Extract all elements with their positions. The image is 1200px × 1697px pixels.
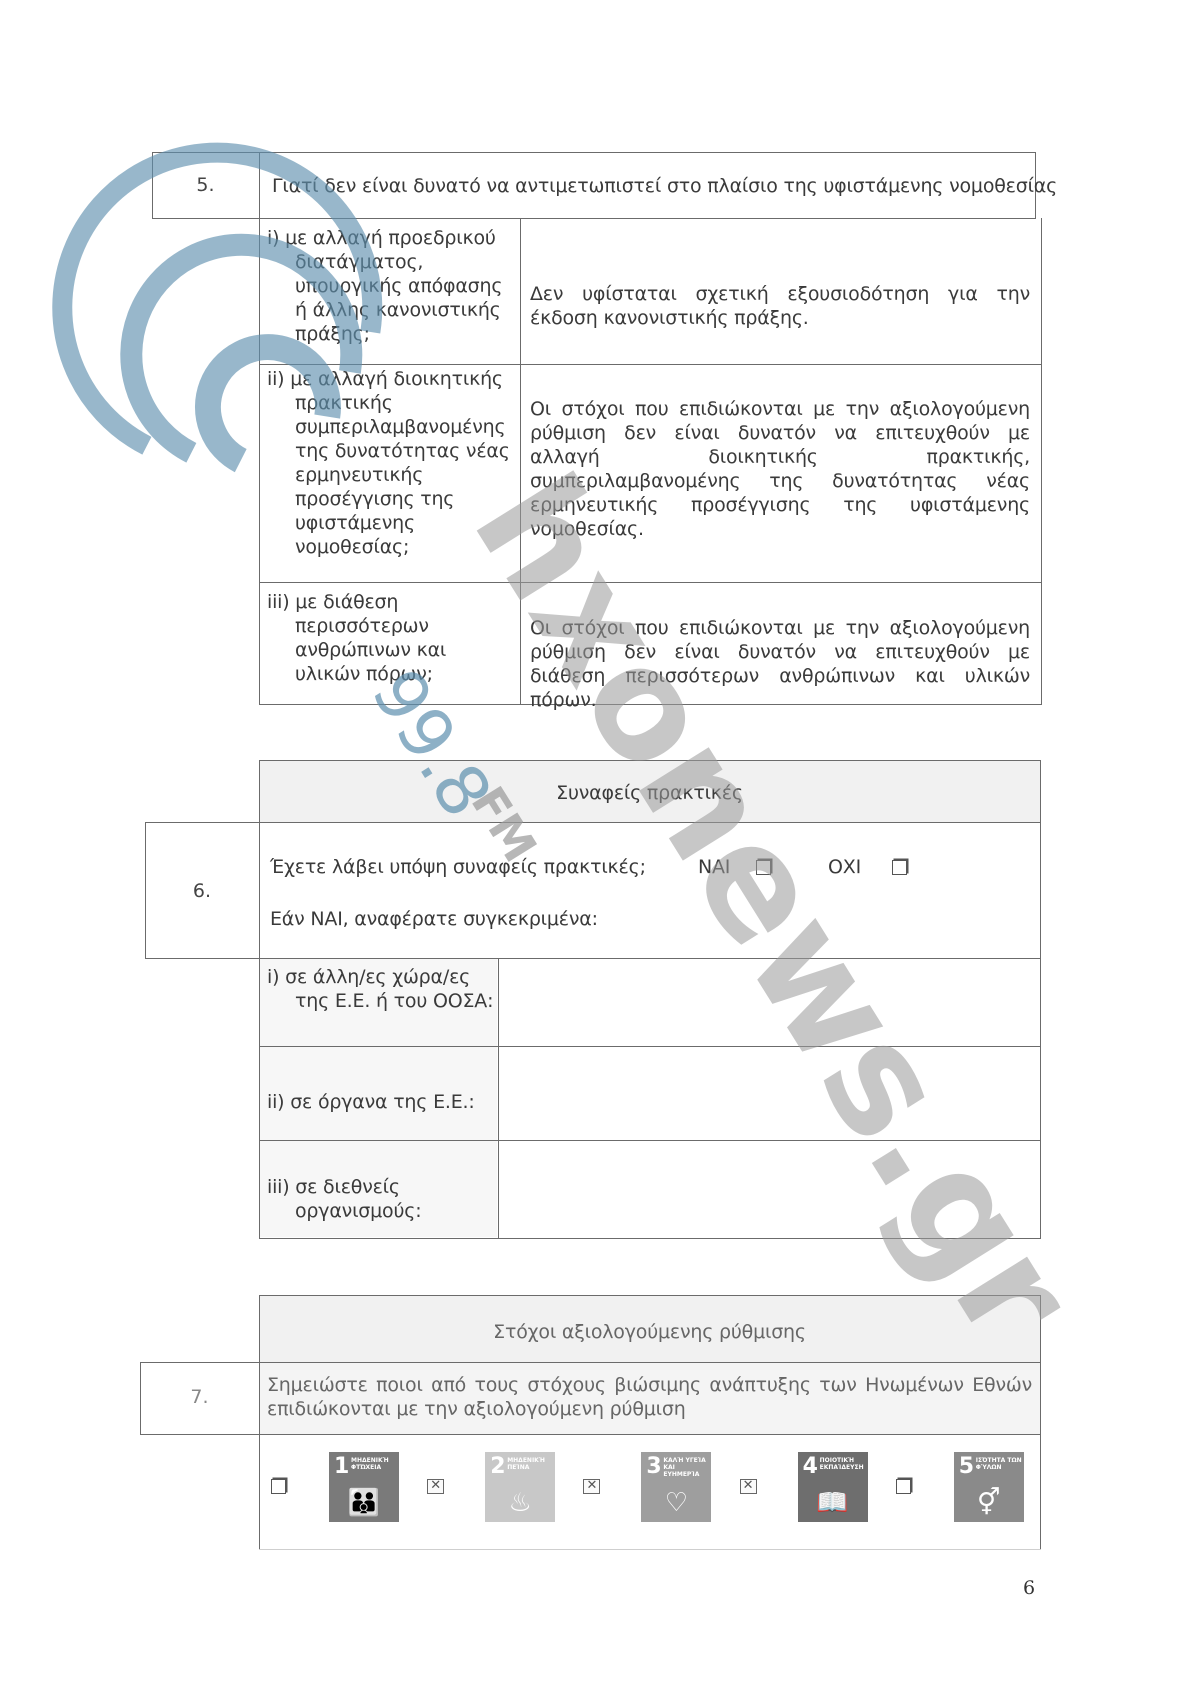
sdg-goal-number: 5 [959, 1454, 974, 1479]
family-icon: 👪 [329, 1488, 399, 1518]
sdg-goal-title: Μηδενική φτώχεια [351, 1457, 397, 1471]
sdg-goal-title: Ισότητα των φύλων [976, 1457, 1022, 1471]
no-checkbox[interactable] [892, 860, 907, 875]
section6-row3-label: iii) σε διεθνείς οργανισμούς: [267, 1175, 495, 1223]
sdg-goal-title: Καλή υγεία και ευημερία [663, 1457, 709, 1478]
section5-row3-answer: Οι στόχοι που επιδιώκονται με την αξιολο… [530, 616, 1030, 712]
sdg-goal-1-tile: 1Μηδενική φτώχεια👪 [329, 1452, 399, 1522]
sdg-goal-number: 2 [490, 1454, 505, 1479]
section6-row3-answer[interactable] [500, 1142, 1038, 1237]
heartbeat-icon: ♡ [641, 1488, 711, 1518]
document-page: 5. Γιατί δεν είναι δυνατό να αντιμετωπισ… [0, 0, 1200, 1697]
section7-number: 7. [140, 1386, 259, 1408]
section5-row3-label: iii) με διάθεση περισσότερων ανθρώπινων … [267, 590, 517, 686]
sdg-goals-row: 1Μηδενική φτώχεια👪✕2Μηδενική πείνα♨✕3Καλ… [259, 1434, 1040, 1549]
section6-header: Συναφείς πρακτικές [259, 781, 1040, 805]
sdg-goal-3-tile: 3Καλή υγεία και ευημερία♡ [641, 1452, 711, 1522]
section7-header: Στόχοι αξιολογούμενης ρύθμισης [259, 1320, 1040, 1344]
sdg-goal-2-tile: 2Μηδενική πείνα♨ [485, 1452, 555, 1522]
bowl-icon: ♨ [485, 1488, 555, 1518]
sdg-goal-5-tile: 5Ισότητα των φύλων⚥ [954, 1452, 1024, 1522]
section6-row1-label: i) σε άλλη/ες χώρα/ες της Ε.Ε. ή του ΟΟΣ… [267, 965, 495, 1013]
section6-row2-answer[interactable] [500, 1048, 1038, 1139]
sdg-goal-1-checkbox[interactable] [271, 1479, 286, 1494]
sdg-goal-4-checkbox[interactable]: ✕ [740, 1479, 757, 1494]
section6-row1-answer[interactable] [500, 960, 1038, 1045]
section6-number: 6. [145, 880, 259, 902]
sdg-goal-title: Μηδενική πείνα [507, 1457, 553, 1471]
sdg-goal-2-checkbox[interactable]: ✕ [427, 1479, 444, 1494]
section5-number: 5. [152, 174, 259, 196]
section6-row2-label: ii) σε όργανα της Ε.Ε.: [267, 1090, 495, 1114]
sdg-goal-5-checkbox[interactable] [896, 1479, 911, 1494]
sdg-goal-number: 1 [334, 1454, 349, 1479]
page-number: 6 [1023, 1577, 1035, 1599]
section6-followup: Εάν ΝΑΙ, αναφέρατε συγκεκριμένα: [270, 907, 598, 931]
section5-question: Γιατί δεν είναι δυνατό να αντιμετωπιστεί… [272, 174, 1032, 198]
book-icon: 📖 [798, 1488, 868, 1518]
no-label: ΟΧΙ [828, 855, 861, 879]
section5-row2-label: ii) με αλλαγή διοικητικής πρακτικής συμπ… [267, 367, 517, 559]
sdg-goal-number: 4 [803, 1454, 818, 1479]
section7-question: Σημειώστε ποιοι από τους στόχους βιώσιμη… [267, 1373, 1032, 1421]
section5-row1-answer: Δεν υφίσταται σχετική εξουσιοδότηση για … [530, 282, 1030, 330]
sdg-goal-title: Ποιοτική εκπαίδευση [820, 1457, 866, 1471]
yes-label: ΝΑΙ [698, 855, 730, 879]
yes-checkbox[interactable] [756, 860, 771, 875]
gender-equality-icon: ⚥ [954, 1488, 1024, 1518]
section5-row2-answer: Οι στόχοι που επιδιώκονται με την αξιολο… [530, 397, 1030, 541]
sdg-goal-4-tile: 4Ποιοτική εκπαίδευση📖 [798, 1452, 868, 1522]
sdg-goal-3-checkbox[interactable]: ✕ [583, 1479, 600, 1494]
section5-row1-label: i) με αλλαγή προεδρικού διατάγματος, υπο… [267, 226, 517, 346]
sdg-goal-number: 3 [646, 1454, 661, 1479]
section6-question: Έχετε λάβει υπόψη συναφείς πρακτικές; [270, 855, 646, 879]
